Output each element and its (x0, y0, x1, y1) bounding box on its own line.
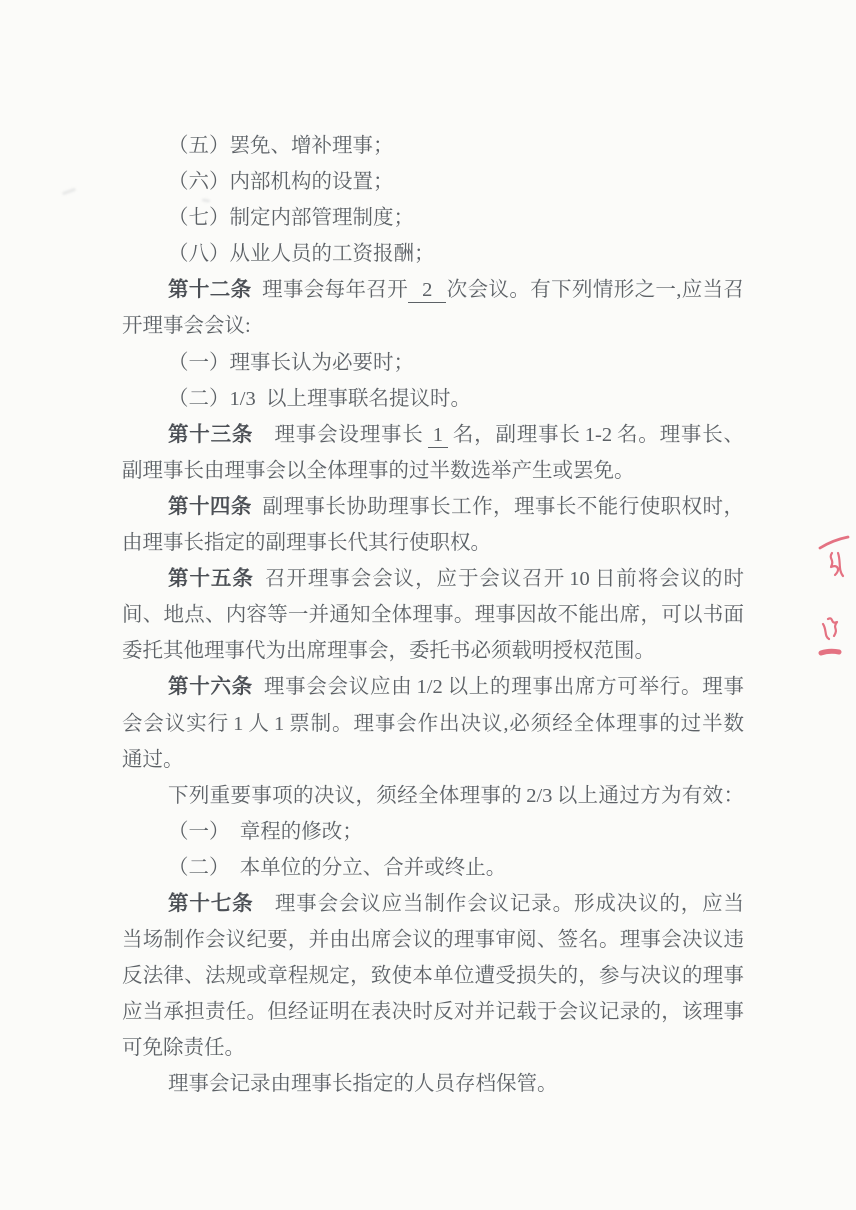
text-run: （一） 章程的修改； (168, 821, 363, 843)
text-run: （二） 本单位的分立、合并或终止。 (168, 857, 506, 879)
scan-smudge (62, 188, 76, 196)
article-number: 第十七条 (168, 893, 253, 915)
text-line: （七）制定内部管理制度； (122, 200, 744, 236)
text-run: （六）内部机构的设置； (168, 171, 394, 193)
text-run: 会会议实行 1 人 1 票制。理事会作出决议,必须经全体理事的过半数 (122, 713, 744, 735)
text-line: （二） 本单位的分立、合并或终止。 (122, 850, 744, 886)
text-line: 反法律、法规或章程规定，致使本单位遭受损失的，参与决议的理事 (122, 958, 744, 994)
text-line: 可免除责任。 (122, 1030, 744, 1066)
text-run: 下列重要事项的决议，须经全体理事的 2/3 以上通过方为有效： (168, 785, 744, 807)
article-number: 第十四条 (168, 496, 252, 518)
text-run: 名，副理事长 1-2 名。理事长、 (448, 424, 744, 446)
text-run: 当场制作会议纪要，并由出席会议的理事审阅、签名。理事会决议违 (122, 929, 744, 951)
text-line: （八）从业人员的工资报酬； (122, 236, 744, 272)
text-line: 第十七条 理事会会议应当制作会议记录。形成决议的，应当 (122, 886, 744, 922)
text-run: 可免除责任。 (122, 1037, 245, 1059)
text-run: 理事会设理事长 (253, 424, 428, 446)
text-run: 理事会每年召开 (251, 279, 408, 301)
text-line: 第十二条 理事会每年召开2次会议。有下列情形之一,应当召 (122, 272, 744, 308)
text-line: （一）理事长认为必要时； (122, 345, 744, 381)
text-run: 次会议。有下列情形之一,应当召 (446, 279, 744, 301)
text-run: 理事会会议应当制作会议记录。形成决议的，应当 (253, 893, 744, 915)
article-number: 第十三条 (168, 424, 253, 446)
text-line: 第十六条 理事会会议应由 1/2 以上的理事出席方可举行。理事 (122, 669, 744, 705)
text-run: （五）罢免、增补理事； (168, 135, 394, 157)
text-line: 开理事会会议: (122, 308, 744, 344)
text-line: 下列重要事项的决议，须经全体理事的 2/3 以上通过方为有效： (122, 778, 744, 814)
text-run: （二）1/3 以上理事联名提议时。 (168, 388, 471, 410)
text-run: （七）制定内部管理制度； (168, 207, 414, 229)
text-line: 委托其他理事代为出席理事会，委托书必须载明授权范围。 (122, 633, 744, 669)
text-line: 由理事长指定的副理事长代其行使职权。 (122, 525, 744, 561)
text-run: 理事会记录由理事长指定的人员存档保管。 (168, 1073, 558, 1095)
text-line: 副理事长由理事会以全体理事的过半数选举产生或罢免。 (122, 453, 744, 489)
text-line: 第十五条 召开理事会会议，应于会议召开 10 日前将会议的时 (122, 561, 744, 597)
text-run: 间、地点、内容等一并通知全体理事。理事因故不能出席，可以书面 (122, 604, 744, 626)
text-line: 通过。 (122, 742, 744, 778)
text-line: （一） 章程的修改； (122, 814, 744, 850)
text-line: 会会议实行 1 人 1 票制。理事会作出决议,必须经全体理事的过半数 (122, 706, 744, 742)
text-run: 委托其他理事代为出席理事会，委托书必须载明授权范围。 (122, 640, 655, 662)
text-run: 开理事会会议: (122, 315, 251, 337)
text-line: （五）罢免、增补理事； (122, 128, 744, 164)
text-run: 副理事长由理事会以全体理事的过半数选举产生或罢免。 (122, 460, 635, 482)
scanned-document-page: （五）罢免、增补理事；（六）内部机构的设置；（七）制定内部管理制度；（八）从业人… (0, 0, 856, 1210)
text-run: （一）理事长认为必要时； (168, 352, 414, 374)
text-run: 通过。 (122, 749, 184, 771)
filled-blank: 2 (408, 279, 446, 303)
text-run: 应当承担责任。但经证明在表决时反对并记载于会议记录的，该理事 (122, 1001, 744, 1023)
red-ink-annotation (808, 526, 856, 666)
article-number: 第十二条 (168, 279, 251, 301)
text-run: （八）从业人员的工资报酬； (168, 243, 435, 265)
document-lines: （五）罢免、增补理事；（六）内部机构的设置；（七）制定内部管理制度；（八）从业人… (122, 128, 744, 1103)
text-line: （六）内部机构的设置； (122, 164, 744, 200)
text-line: 理事会记录由理事长指定的人员存档保管。 (122, 1066, 744, 1102)
text-line: 应当承担责任。但经证明在表决时反对并记载于会议记录的，该理事 (122, 994, 744, 1030)
text-run: 由理事长指定的副理事长代其行使职权。 (122, 532, 491, 554)
text-run: 召开理事会会议，应于会议召开 10 日前将会议的时 (254, 568, 744, 590)
text-line: （二）1/3 以上理事联名提议时。 (122, 381, 744, 417)
text-line: 第十四条 副理事长协助理事长工作，理事长不能行使职权时， (122, 489, 744, 525)
article-number: 第十五条 (168, 568, 254, 590)
text-line: 间、地点、内容等一并通知全体理事。理事因故不能出席，可以书面 (122, 597, 744, 633)
text-run: 反法律、法规或章程规定，致使本单位遭受损失的，参与决议的理事 (122, 965, 744, 987)
text-line: 当场制作会议纪要，并由出席会议的理事审阅、签名。理事会决议违 (122, 922, 744, 958)
article-number: 第十六条 (168, 676, 253, 698)
text-line: 第十三条 理事会设理事长 1 名，副理事长 1-2 名。理事长、 (122, 417, 744, 453)
text-run: 副理事长协助理事长工作，理事长不能行使职权时， (252, 496, 744, 518)
filled-blank: 1 (428, 424, 448, 448)
text-run: 理事会会议应由 1/2 以上的理事出席方可举行。理事 (253, 676, 744, 698)
